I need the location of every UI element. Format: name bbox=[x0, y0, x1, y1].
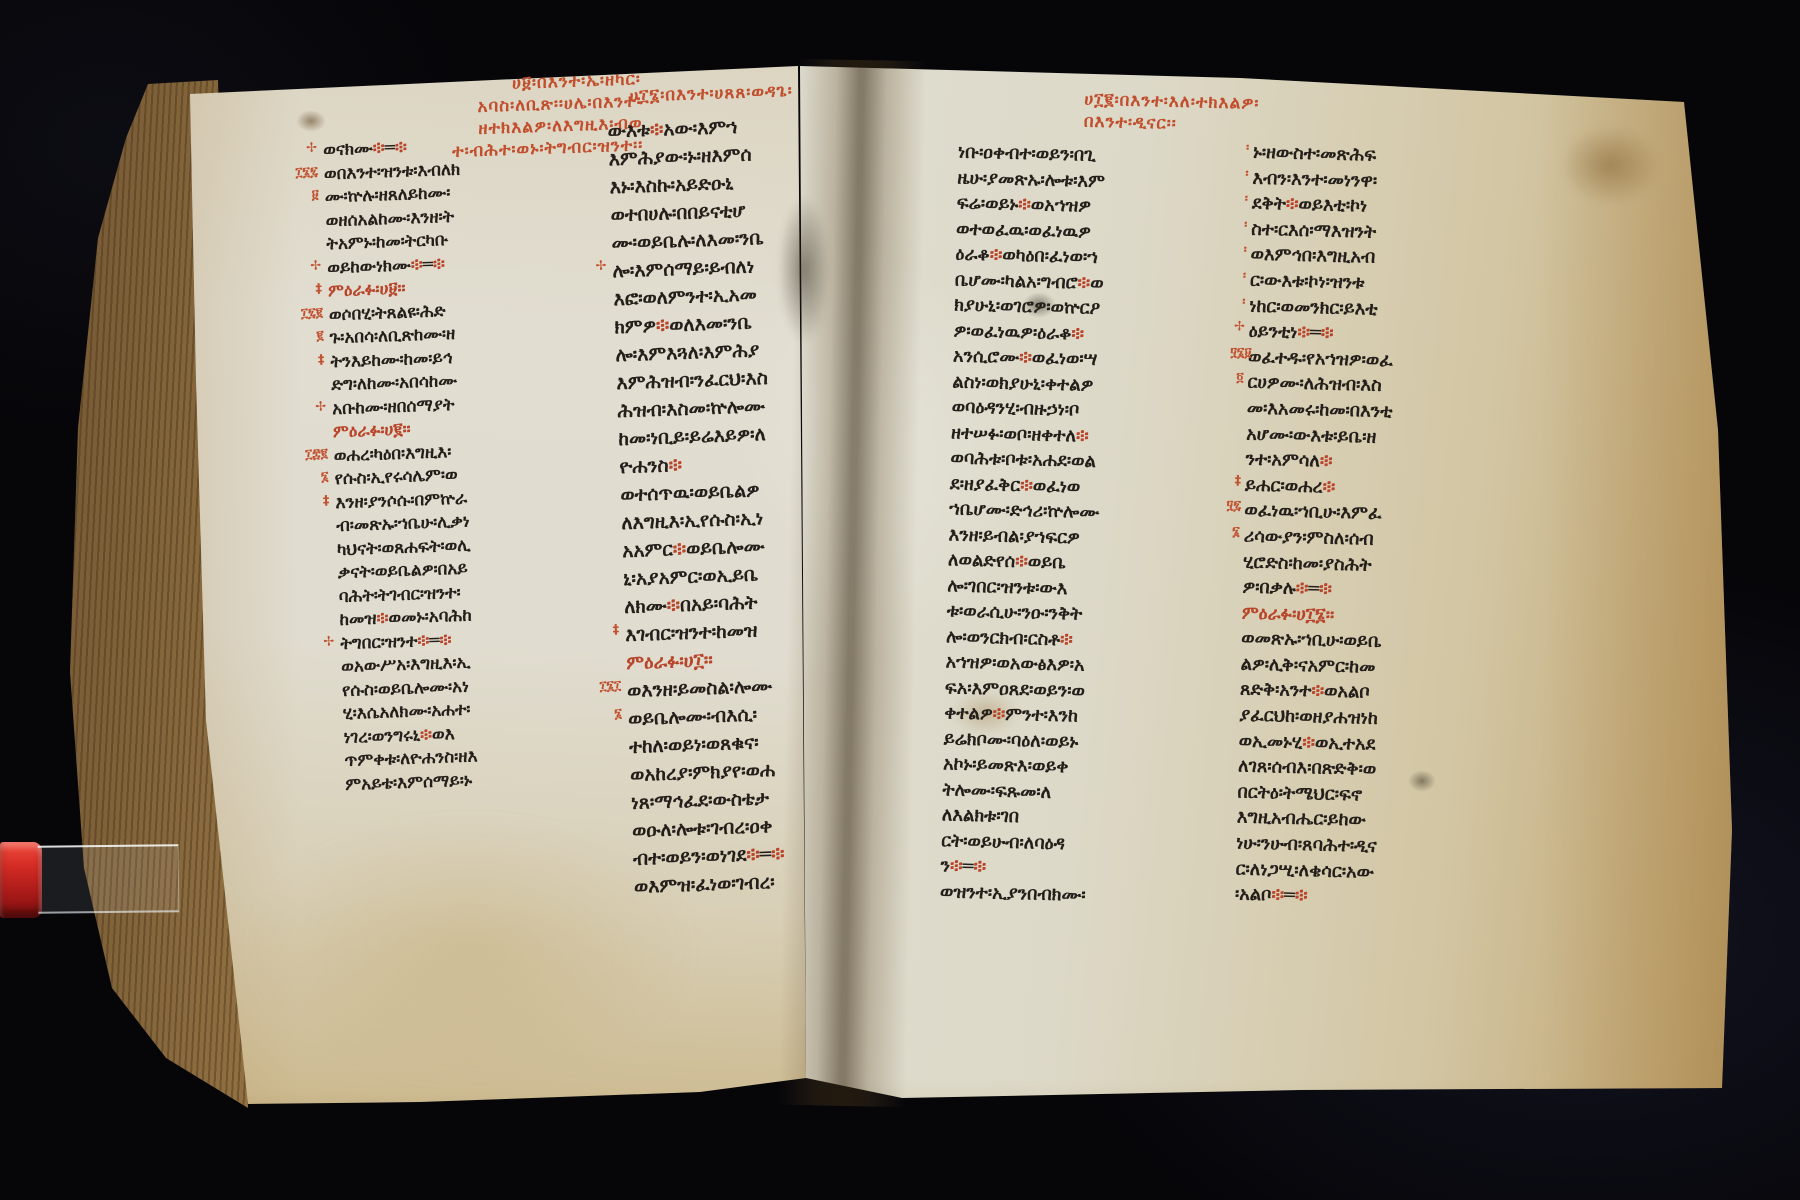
text-column-4: ፡ኑ፡ዘውስተ፡መጽሕፍ፡እብን፡እንተ፡መነንዋ፡፡ደቅት፨ወይእቲ፡ኮነ፡ስ… bbox=[1235, 140, 1544, 915]
black-ink-text: ልዎ፡ሊቅ፡ናአምር፡ከመ bbox=[1240, 653, 1375, 677]
black-ink-text: ወበእንተ፡ዝንቱ፡እብለክ bbox=[324, 159, 461, 184]
red-ink-text: ፨ bbox=[395, 137, 408, 157]
red-ink-text: ፨ bbox=[376, 608, 389, 628]
black-ink-text: ═ bbox=[1308, 578, 1319, 599]
black-ink-text: ወተሰጥዉ፡ወይቤልዎ bbox=[620, 479, 760, 506]
black-ink-text: ወተበሀሉ፡በበይናቲሆ bbox=[610, 200, 746, 227]
red-ink-text: ፨ bbox=[668, 454, 682, 476]
black-ink-text: ኀቤሆሙ፡ድኅሪ፡ኵሎሙ bbox=[949, 498, 1099, 523]
red-ink-text: ፨ bbox=[992, 704, 1005, 725]
margin-mark: ፡ bbox=[1231, 295, 1245, 308]
black-ink-text: በአይ፡ባሕት bbox=[680, 592, 758, 617]
black-ink-text: ወይቤ bbox=[1028, 551, 1067, 573]
black-ink-text: እፎ፡ወለምንተ፡ኢአመ bbox=[613, 283, 757, 310]
black-ink-text: ወኢተአደ bbox=[1315, 732, 1376, 754]
black-ink-text: ወእ bbox=[432, 724, 455, 745]
black-ink-text: ወይቤሎሙ bbox=[686, 535, 765, 560]
black-ink-text: ወእምዝ፡ፈነወ፡ገብረ፡ bbox=[634, 871, 775, 898]
black-ink-text: ከመዝ bbox=[339, 609, 377, 630]
red-ink-text: ፨ bbox=[1302, 732, 1315, 753]
black-ink-text: ያፈርህከ፡ወዘያሐዝነከ bbox=[1239, 705, 1378, 729]
red-ink-text: ፨ bbox=[746, 844, 760, 866]
black-ink-text: ወፈነወ፡ሣ bbox=[1032, 347, 1098, 370]
black-ink-text: ፡አልቦ bbox=[1235, 884, 1272, 906]
black-ink-text: እኑ፡እስኩ፡አይድዑኒ bbox=[609, 172, 733, 198]
black-ink-text: ወ bbox=[1090, 272, 1104, 293]
black-ink-text: ትንእይከሙ፡ከመ፡ይኅ bbox=[330, 348, 453, 372]
red-ink-text: ምዕራፉ፡ሀ፲፡፡ bbox=[626, 649, 713, 674]
black-ink-text: ወለእመ፡ንቤ bbox=[669, 312, 752, 337]
red-ink-text: ፨ bbox=[1019, 347, 1032, 368]
black-ink-text: ደ፡ዘያፈቅር bbox=[950, 473, 1021, 496]
black-ink-text: ሙ፡ወይቤሉ፡ለእመ፡ንቤ bbox=[611, 227, 764, 254]
right-page-text-area: ሀ፲፪፡በእንተ፡እለ፡ተክእልዎ፡በእንተ፡ዲናር፡፡ ነቡ፡ዐቀብተ፡ወይን… bbox=[789, 70, 1744, 1142]
black-ink-text: ብ፡መጽኡ፡ኀቤሁ፡ሊቃነ bbox=[336, 512, 470, 537]
black-ink-text: እግዚአብሔር፡ይከው bbox=[1237, 807, 1366, 831]
black-ink-text: ሎ፡ወንርክብ፡ርስቶ bbox=[946, 626, 1060, 650]
text-column-1: ✢ወናክሙ፨═፨፲፮፯ወበእንተ፡ዝንቱ፡እብለክ፱ሙ፡ኵሉ፡ዘጸለይከሙ፡ወዘ… bbox=[323, 129, 631, 797]
margin-mark: ✢ bbox=[283, 142, 317, 156]
black-ink-text: አሆሙ፡ውእቱ፡ይቤ፡ዘ bbox=[1246, 423, 1377, 447]
black-ink-text: ዘተሠፉ፡ወቦ፡ዘቀተለ bbox=[951, 422, 1076, 446]
margin-mark: ፮ bbox=[294, 470, 328, 484]
black-ink-text: ምአይቴ፡እምሰማይ፡ኑ bbox=[345, 770, 472, 794]
margin-mark: ፪ bbox=[289, 330, 323, 344]
black-ink-text: ወፈነወ bbox=[1033, 475, 1081, 497]
black-ink-text: ወዘሰአልከሙ፡እንዘ፡ት bbox=[325, 206, 454, 230]
black-ink-text: ወዑለ፡ሎቱ፡ገብረ፡ዐቀ bbox=[632, 815, 773, 842]
red-ink-text: ፨ bbox=[1311, 681, 1324, 702]
black-ink-text: ትግበር፡ዝንተ bbox=[340, 631, 418, 654]
black-ink-text: ═ bbox=[384, 138, 395, 158]
black-ink-text: ትአምኑ፡ከመ፡ትርካቡ bbox=[326, 230, 448, 254]
red-ink-text: ፨ bbox=[1320, 451, 1333, 472]
black-ink-text: በርትዕ፡ትሜህር፡ፍኖ bbox=[1237, 781, 1362, 805]
black-ink-text: ቤሆሙ፡ካልአ፡ግብሮ bbox=[955, 269, 1078, 293]
margin-mark: ‡ bbox=[288, 283, 322, 297]
margin-mark: ‡ bbox=[295, 494, 329, 508]
black-ink-text: ወይከውነክሙ bbox=[327, 255, 411, 278]
margin-mark: ✢ bbox=[572, 260, 606, 274]
red-ink-text: ምዕራፉ፡ሀ፪፡፡ bbox=[333, 420, 411, 443]
black-ink-text: ይሐር፡ወሐረ bbox=[1245, 474, 1323, 497]
black-ink-text: ወሶበሂ፡ትጸልዩ፡ሕድ bbox=[329, 301, 446, 325]
black-ink-text: ውእቱ bbox=[607, 119, 650, 142]
black-ink-text: ወፈነዉ፡ኀቢሁ፡እምፈ bbox=[1244, 500, 1382, 524]
black-ink-text: ወአውሥአ፡እግዚእ፡ኢ bbox=[341, 653, 471, 678]
black-ink-text: ኒ፡አያአምር፡ወኢይቤ bbox=[623, 563, 759, 590]
black-ink-text: ሂ፡እሴአለክሙ፡አሐተ፡ bbox=[343, 700, 471, 724]
margin-mark: ✢ bbox=[287, 259, 321, 273]
red-ink-text: ምዕራፉ፡ሀ፱፡፡ bbox=[328, 279, 406, 302]
black-ink-text: ወይእቲ፡ኮነ bbox=[1298, 194, 1367, 217]
black-ink-text: እብን፡እንተ፡መነንዋ፡ bbox=[1252, 167, 1377, 191]
black-ink-text: ፍአ፡እምዐጸደ፡ወይን፡ወ bbox=[945, 677, 1086, 701]
margin-mark: ፡ bbox=[1233, 244, 1247, 257]
black-ink-text: ነሁ፡ንሁብ፡ጸባሕተ፡ዲና bbox=[1236, 833, 1377, 857]
black-ink-text: ዕይንቲነ bbox=[1248, 321, 1297, 343]
red-ink-text: ፨ bbox=[433, 254, 446, 274]
black-ink-text: ═ bbox=[1310, 322, 1321, 343]
margin-mark: ‡ bbox=[1227, 474, 1241, 487]
black-ink-text: ወእምኅበ፡እግዚአብ bbox=[1250, 244, 1375, 268]
margin-mark: ✢ bbox=[292, 400, 326, 414]
black-ink-text: ወዝንተ፡ኢያንበብክሙ፡ bbox=[940, 881, 1086, 906]
black-ink-text: ተከለ፡ወይነ፡ወጸቁና፡ bbox=[629, 732, 759, 759]
margin-mark: ፲፮፲ bbox=[587, 679, 621, 693]
black-ink-text: ነገረ፡ወንግሩኒ bbox=[343, 725, 420, 748]
black-ink-text: ወፈተዱ፡የአኀዝዎ፡ወፈ bbox=[1248, 346, 1393, 371]
black-ink-text: አኮኑ፡ይመጽእ፡ወይቀ bbox=[943, 753, 1069, 777]
black-ink-text: ወሐረ፡ካዕበ፡እግዚእ፡ bbox=[333, 442, 451, 466]
red-ink-text: ፨ bbox=[650, 119, 664, 141]
black-ink-text: ወኢመኑሂ bbox=[1238, 730, 1302, 753]
margin-mark: ፲፮፯ bbox=[284, 165, 318, 179]
red-ink-text: ፨ bbox=[672, 538, 686, 560]
black-ink-text: ለእልክቱ፡ገበ bbox=[942, 804, 1020, 827]
black-ink-text: ጸድቅ፡አንተ bbox=[1240, 679, 1312, 702]
red-ink-text: ፨ bbox=[950, 856, 963, 877]
red-ink-text: ፨ bbox=[1071, 323, 1084, 344]
black-ink-text: ኑ፡ዘውስተ፡መጽሕፍ bbox=[1253, 142, 1377, 166]
black-ink-text: ከመ፡ነቢይ፡ይሬእይዎ፡ለ bbox=[618, 423, 766, 450]
black-ink-text: ር፡ውእቱ፡ኮነ፡ዝንቱ bbox=[1250, 270, 1365, 294]
black-ink-text: መ፡እአመሩ፡ከመ፡በእንቲ bbox=[1247, 398, 1393, 423]
black-ink-text: አው፡እምኀ bbox=[663, 116, 738, 141]
red-ink-text: ፨ bbox=[1018, 194, 1031, 215]
black-ink-text: ቀተልዎ bbox=[944, 702, 993, 724]
black-ink-text: ወተወፈዉ፡ወፈነዉዎ bbox=[956, 218, 1091, 242]
black-ink-text: ንተ፡አምሳለ bbox=[1245, 449, 1320, 472]
black-ink-text: ወእንዘ፡ይመስል፡ሎሙ bbox=[627, 675, 773, 702]
black-ink-text: ለክሙ bbox=[624, 595, 667, 618]
black-ink-text: ቱ፡ወራሲሁ፡ንዑ፡ንቅት bbox=[947, 600, 1083, 624]
manuscript-text-line: ወዝንተ፡ኢያንበብክሙ፡ bbox=[940, 879, 1221, 911]
black-ink-text: ምንተ፡እንከ bbox=[1005, 704, 1078, 727]
black-ink-text: ለእግዚእ፡ኢየሱስ፡ኢነ bbox=[621, 507, 764, 534]
red-ink-text: ፨ bbox=[771, 843, 785, 865]
red-ink-text: ፨ bbox=[1321, 323, 1334, 344]
red-ink-text: ፨ bbox=[656, 314, 670, 336]
black-ink-text: ሪሳውያን፡ምስለ፡ሰብ bbox=[1243, 526, 1373, 550]
black-ink-text: የሱስ፡ኢየሩሳሌም፡ወ bbox=[334, 465, 458, 489]
black-ink-text: ═ bbox=[759, 843, 771, 865]
red-ink-text: ፨ bbox=[1020, 475, 1033, 496]
black-ink-text: ዮሐንስ bbox=[619, 455, 669, 479]
red-ink-text: ፨ bbox=[1319, 579, 1332, 600]
black-ink-text: ወባሕቱ፡ቦቱ፡አሐደ፡ወል bbox=[950, 447, 1096, 472]
clamp-acrylic-strip bbox=[38, 844, 180, 913]
black-ink-text: ርሀዎሙ፡ለሕዝብ፡እስ bbox=[1247, 372, 1382, 396]
black-ink-text: ደቅት bbox=[1252, 193, 1287, 215]
margin-mark: ፲፯፪ bbox=[289, 306, 323, 320]
red-ink-text: ፨ bbox=[1296, 578, 1309, 599]
red-ink-text: ፨ bbox=[989, 244, 1002, 265]
black-ink-text: እንዘ፡ያንሶሱ፡በምኵራ bbox=[335, 488, 467, 513]
black-ink-text: ወመኑ፡አባሕከ bbox=[388, 606, 472, 629]
black-ink-text: ልስነ፡ወክያሁኒ፡ቀተልዎ bbox=[952, 371, 1093, 395]
black-ink-text: እምሕዝብ፡ንፈርህ፡እስ bbox=[616, 367, 768, 394]
margin-mark: ‡ bbox=[585, 623, 619, 637]
red-ink-text: ፨ bbox=[1271, 885, 1284, 906]
margin-mark: ‡ bbox=[290, 353, 324, 367]
margin-mark: ✢ bbox=[1231, 320, 1245, 333]
red-ink-text: ፨ bbox=[666, 594, 680, 616]
red-ink-text: ፨ bbox=[973, 856, 986, 877]
black-ink-text: ነከር፡ወመንክር፡ይእቲ bbox=[1249, 295, 1378, 319]
red-ink-text: ፨ bbox=[1286, 194, 1299, 215]
black-ink-text: ═ bbox=[962, 856, 973, 877]
black-ink-text: ወካዕበ፡ፈነወ፡ኀ bbox=[1002, 245, 1098, 268]
black-ink-text: ይሬክቦሙ፡ባዕለ፡ወይኑ bbox=[943, 728, 1078, 752]
margin-mark: ✢ bbox=[300, 635, 334, 649]
black-ink-text: ዜሁ፡ያመጽኡ፡ሎቱ፡እም bbox=[957, 167, 1105, 192]
black-ink-text: ወመጽኡ፡ኀቢሁ፡ወይቤ bbox=[1241, 628, 1382, 652]
margin-mark: ፡ bbox=[1234, 192, 1248, 205]
black-ink-text: ወአኀዝዎ bbox=[1031, 194, 1092, 216]
black-ink-text: ወአልቦ bbox=[1324, 681, 1370, 703]
black-ink-text: አኀዝዎ፡ወአውፅእዎ፡አ bbox=[945, 651, 1084, 675]
black-ink-text: ሙ፡ኵሉ፡ዘጸለይከሙ፡ bbox=[324, 183, 450, 207]
red-ink-text: ፨ bbox=[1295, 885, 1308, 906]
red-ink-text: ፨ bbox=[1015, 551, 1028, 572]
black-ink-text: ═ bbox=[1284, 885, 1295, 906]
black-ink-text: ዕራቆ bbox=[955, 243, 990, 265]
black-ink-text: ሎ፡ገበር፡ዝንቱ፡ውእ bbox=[947, 575, 1067, 599]
red-ink-text: ፨ bbox=[1077, 272, 1090, 293]
black-ink-text: አንሲሮሙ bbox=[953, 345, 1020, 368]
black-ink-text: ሕዝብ፡እስመ፡ኵሎሙ bbox=[617, 395, 765, 422]
black-ink-text: ወይቤሎሙ፡ብእሲ፡ bbox=[628, 704, 758, 730]
black-ink-text: ቃናት፡ወይቤልዎ፡በአይ bbox=[338, 559, 468, 584]
photo-stage: ሀ፱፡በእንተ፡ኤ፡ዘካር፡አባስ፡ለቢጽ፡፡ሀሌ፡በእንተ፡ዘተክእልዎ፡ለእ… bbox=[0, 0, 1800, 1200]
black-ink-text: ባሕት፡ትገብር፡ዝንተ፡ bbox=[338, 582, 461, 606]
black-ink-text: አአምር bbox=[622, 538, 673, 562]
black-ink-text: ብተ፡ወይን፡ወነገደ bbox=[633, 844, 747, 870]
red-ink-text: ፨ bbox=[1060, 629, 1073, 650]
black-ink-text: እምሕያው፡ኑ፡ዘእምሰ bbox=[608, 143, 752, 170]
black-ink-text: ክምዎ bbox=[614, 315, 656, 338]
margin-mark: ፡ bbox=[1233, 218, 1247, 231]
text-column-3: ነቡ፡ዐቀብተ፡ወይን፡በጊዜሁ፡ያመጽኡ፡ሎቱ፡እምፍሬ፡ወይኑ፨ወአኀዝዎወ… bbox=[940, 140, 1239, 912]
black-ink-text: ጉ፡አበሳ፡ለቢጽከሙ፡ዘ bbox=[329, 324, 455, 348]
black-ink-text: አቡከሙ፡ዘበሰማያት bbox=[332, 394, 455, 418]
black-ink-text: ═ bbox=[422, 254, 433, 274]
black-ink-text: ወናክሙ bbox=[323, 139, 373, 161]
red-ink-text: ፨ bbox=[1322, 476, 1335, 497]
black-ink-text: ካህናት፡ወጸሐፍት፡ወሊ bbox=[337, 535, 471, 560]
red-ink-text: ፨ bbox=[439, 630, 452, 650]
black-ink-text: ነጸ፡ማኅፈደ፡ውስቴታ bbox=[631, 787, 770, 814]
black-ink-text: ፍሬ፡ወይኑ bbox=[957, 193, 1019, 215]
red-ink-text: ፨ bbox=[1297, 322, 1310, 343]
black-ink-text: ነቡ፡ዐቀብተ፡ወይን፡በጊ bbox=[958, 142, 1096, 166]
black-ink-text: ለገጸ፡ሰብእ፡በጽድቅ፡ወ bbox=[1238, 756, 1377, 780]
margin-mark: ፶፮፱ bbox=[1230, 346, 1244, 359]
black-ink-text: ትሎሙ፡ፍጹመ፡ለ bbox=[942, 779, 1051, 803]
margin-mark: ፲፰፪ bbox=[294, 447, 328, 461]
black-ink-text: ሎ፡እምእጓለ፡እምሕያ bbox=[615, 339, 760, 366]
margin-mark: ፶፯ bbox=[1226, 499, 1240, 512]
black-ink-text: ስተ፡ርእሰ፡ማእዝንት bbox=[1251, 218, 1376, 242]
black-ink-text: ር፡ለነጋሢ፡ለቄሳር፡አው bbox=[1235, 858, 1374, 882]
margin-mark: ፡ bbox=[1232, 269, 1246, 282]
red-ink-text: ፨ bbox=[1076, 425, 1089, 446]
clamp-red-handle bbox=[0, 842, 42, 918]
left-page-text-area: ሀ፱፡በእንተ፡ኤ፡ዘካር፡አባስ፡ለቢጽ፡፡ሀሌ፡በእንተ፡ዘተክእልዎ፡ለእ… bbox=[190, 40, 856, 1111]
black-ink-text: ወባዕዳንሂ፡ብዙኃነ፡ቦ bbox=[952, 396, 1080, 420]
margin-mark: ፮ bbox=[1226, 525, 1240, 538]
black-ink-text: ጥምቀቱ፡ለዮሐንስ፡ዘእ bbox=[344, 746, 478, 771]
black-ink-text: ክያሁኒ፡ወገሮዎ፡ወኵርዖ bbox=[954, 294, 1100, 319]
margin-mark: ፡ bbox=[1235, 141, 1249, 154]
black-ink-text: ዎ፡ወፈነዉዎ፡ዕራቆ bbox=[953, 320, 1071, 344]
red-ink-text: ምዕራፉ፡ሀ፲፮፡፡ bbox=[1242, 602, 1335, 625]
black-ink-text: እንዘ፡ይብል፡ያኀፍርዎ bbox=[948, 524, 1080, 548]
black-ink-text: ወአከረያ፡ምክያየ፡ወሐ bbox=[630, 759, 776, 786]
margin-mark: ፬ bbox=[1229, 372, 1243, 385]
black-ink-text: እገብር፡ዝንተ፡ከመዝ bbox=[625, 620, 758, 647]
margin-mark: ፡ bbox=[1234, 167, 1248, 180]
black-ink-text: የሱስ፡ወይቤሎሙ፡አነ bbox=[342, 676, 469, 700]
red-ink-text: ፨ bbox=[372, 138, 385, 158]
black-ink-text: ለወልድየሰ bbox=[948, 549, 1016, 572]
black-ink-text: ዎ፡በቃሉ bbox=[1242, 577, 1296, 599]
right-page-red-header: ሀ፲፪፡በእንተ፡እለ፡ተክእልዎ፡በእንተ፡ዲናር፡፡ bbox=[1084, 89, 1405, 141]
black-ink-text: ርት፡ወይሁብ፡ለባዕዳ bbox=[941, 830, 1065, 854]
margin-mark: ፮ bbox=[588, 707, 622, 721]
red-ink-text: ፨ bbox=[417, 631, 430, 651]
black-ink-text: ሂሮድስ፡ከመ፡ያስሕት bbox=[1243, 551, 1372, 575]
margin-mark: ፱ bbox=[285, 189, 319, 203]
black-ink-text: ድግ፡ለከሙ፡አበሳከሙ bbox=[331, 371, 457, 395]
black-ink-text: ሎ፡እምሰማይ፡ይብለነ bbox=[612, 255, 754, 282]
